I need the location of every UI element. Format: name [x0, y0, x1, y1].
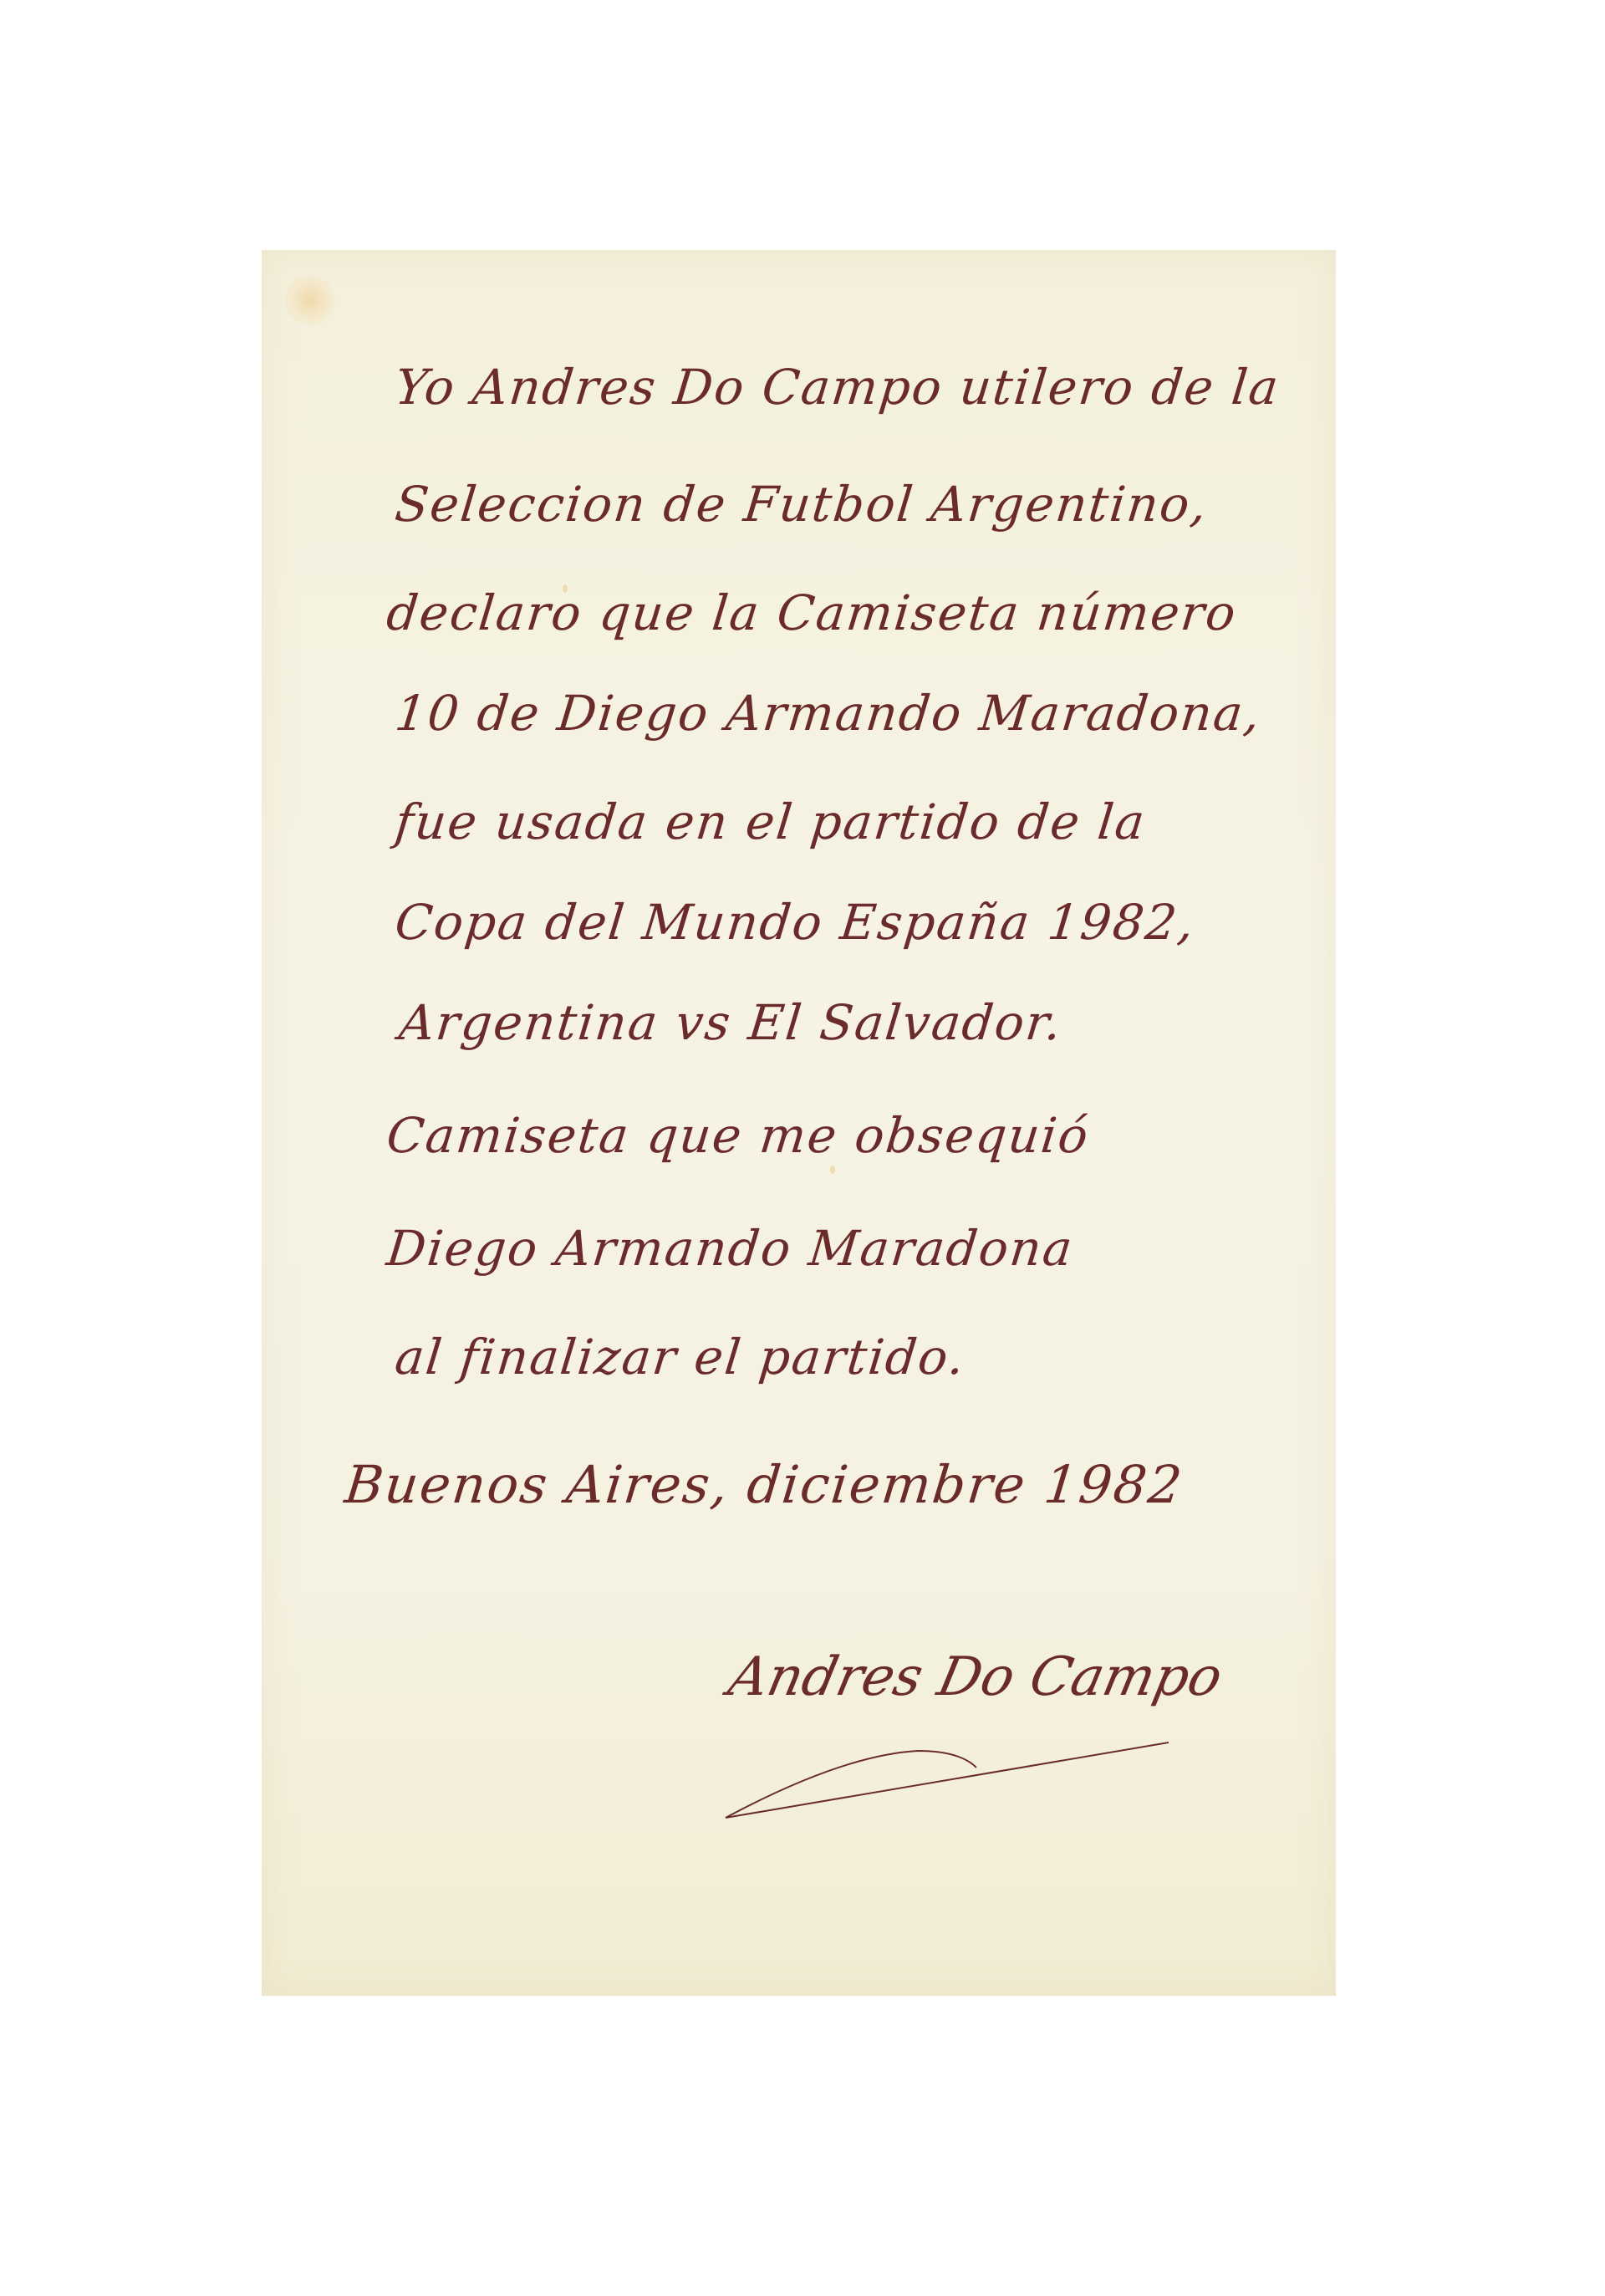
letter-line-5: fue usada en el partido de la: [392, 793, 1149, 850]
letter-line-6: Copa del Mundo España 1982,: [392, 894, 1198, 951]
letter-line-4: 10 de Diego Armando Maradona,: [392, 685, 1264, 742]
paper-speck: [830, 1166, 835, 1174]
signature: Andres Do Campo: [723, 1646, 1227, 1708]
letter-line-10: al finalizar el partido.: [392, 1329, 968, 1385]
letter-line-3: declaro que la Camiseta número: [384, 584, 1240, 641]
letter-line-9: Diego Armando Maradona: [384, 1220, 1076, 1277]
paper-stain: [285, 275, 335, 325]
letter-line-1: Yo Andres Do Campo utilero de la: [392, 359, 1282, 416]
letter-line-7: Argentina vs El Salvador.: [396, 994, 1065, 1051]
letter-place-date: Buenos Aires, diciembre 1982: [342, 1454, 1186, 1515]
letter-line-2: Seleccion de Futbol Argentino,: [392, 476, 1210, 533]
letter-line-8: Camiseta que me obsequió: [384, 1107, 1092, 1164]
signature-flourish-icon: [717, 1738, 1185, 1822]
letter-paper: Yo Andres Do Campo utilero de la Selecci…: [262, 250, 1336, 1996]
